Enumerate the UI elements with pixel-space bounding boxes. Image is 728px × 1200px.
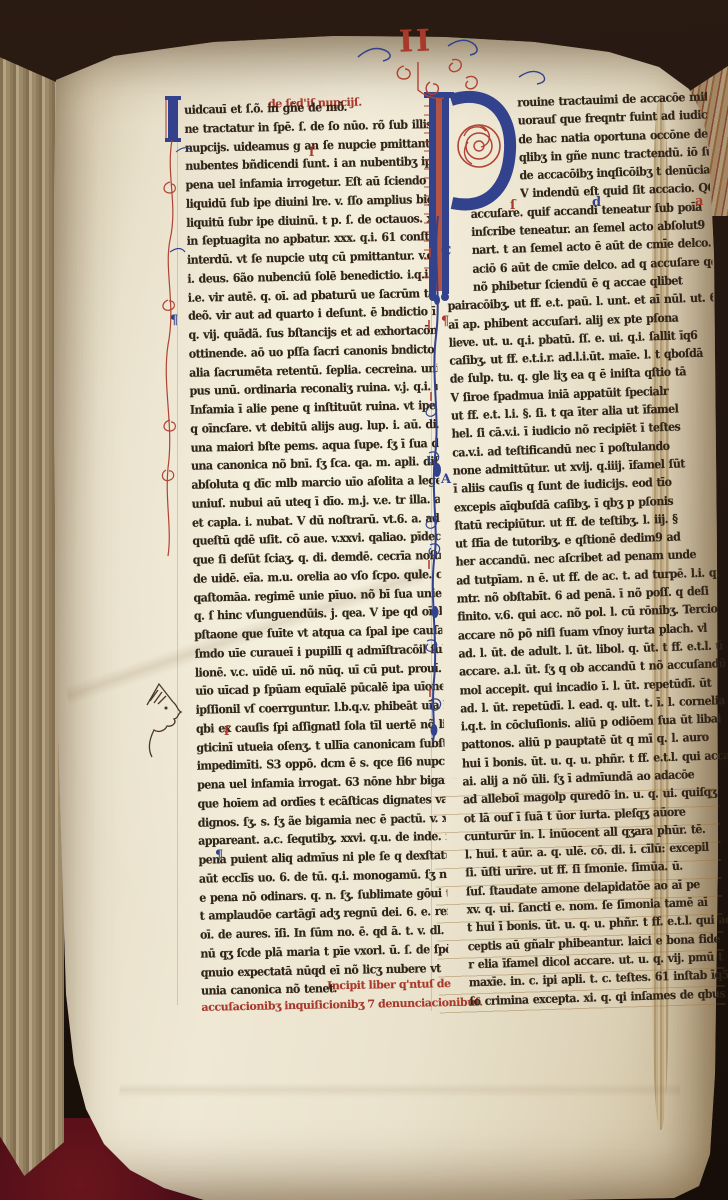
ruling-line-vertical [177, 100, 178, 1005]
paraph-mark: ¶ [170, 314, 178, 327]
folio-numeral: II [398, 23, 433, 59]
paraph-mark: ¶ [441, 315, 449, 328]
paraph-mark: a [695, 195, 703, 208]
paraph-mark: ſ [224, 725, 230, 738]
manuscript-photo: { "folio": { "numeral": "II" }, "rubrics… [0, 0, 728, 1200]
paraph-mark: C [441, 245, 451, 258]
left-text-column: de ſcd'iſ nupcijſ. Incipit liber q'ntuſ … [184, 96, 449, 1001]
paraph-mark: ſ [309, 146, 315, 159]
paraph-mark: A [441, 473, 451, 486]
paraph-mark: ſ [510, 199, 516, 212]
paraph-mark: d [592, 196, 601, 209]
right-text-column: rouine tractauimi de accacōe miſta deuor… [441, 88, 728, 1011]
paraph-mark: ¶ [215, 849, 223, 862]
